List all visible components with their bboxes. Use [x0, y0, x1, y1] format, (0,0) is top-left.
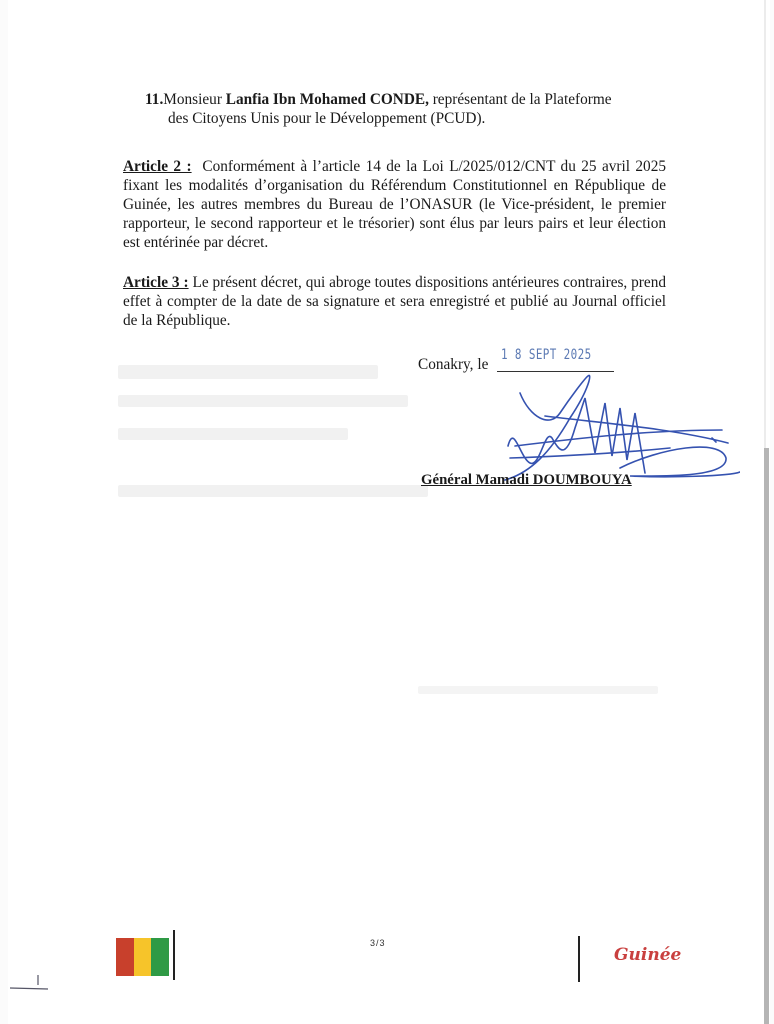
date-stamp: 1 8 SEPT 2025 [501, 347, 592, 363]
scrollbar[interactable] [764, 448, 769, 1024]
bleed-through [118, 365, 378, 379]
bleed-through [418, 686, 658, 694]
bleed-through [118, 485, 428, 497]
article-2: Article 2 : Conformément à l’article 14 … [123, 157, 666, 252]
list-item-11: 11.Monsieur Lanfia Ibn Mohamed CONDE, re… [145, 90, 665, 128]
signature-icon [490, 368, 740, 488]
article-2-text: Conformément à l’article 14 de la Loi L/… [123, 158, 666, 251]
footer-divider-left [173, 930, 175, 980]
article-2-label: Article 2 : [123, 158, 192, 175]
signer-name: Général Mamadi DOUMBOUYA [421, 472, 632, 489]
guinea-flag-icon [116, 938, 169, 976]
pen-mark-icon [8, 970, 53, 1000]
article-3: Article 3 : Le présent décret, qui abrog… [123, 273, 666, 330]
document-page [8, 0, 770, 1024]
page-number: 3/3 [370, 938, 386, 948]
article-3-text: Le présent décret, qui abroge toutes dis… [123, 274, 666, 329]
member-name: Lanfia Ibn Mohamed CONDE, [226, 91, 429, 108]
bleed-through [118, 395, 408, 407]
footer-divider-right [578, 936, 580, 982]
item-number: 11. [145, 91, 163, 108]
guinee-brand-logo: Guinée [614, 945, 681, 965]
bleed-through [118, 428, 348, 440]
article-3-label: Article 3 : [123, 274, 189, 291]
place-label: Conakry, le [418, 355, 488, 374]
